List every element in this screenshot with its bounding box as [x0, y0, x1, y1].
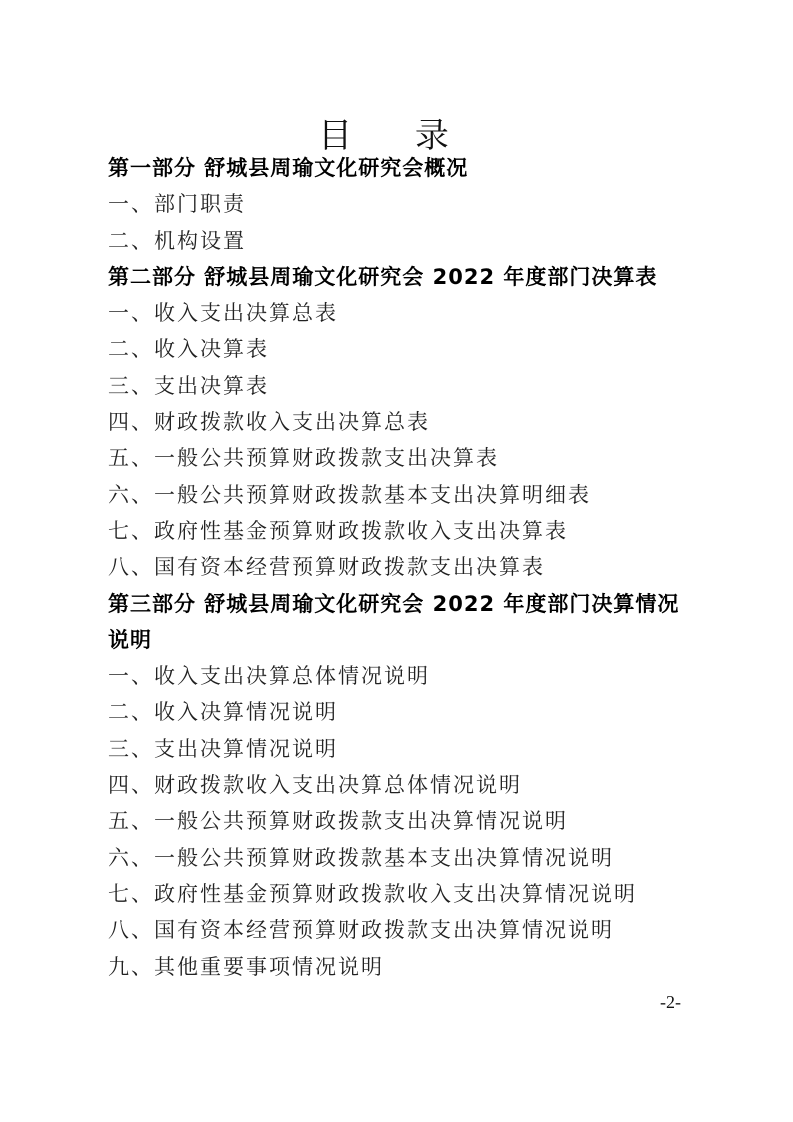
- toc-item[interactable]: 三、支出决算表: [108, 368, 708, 404]
- toc-item[interactable]: 六、一般公共预算财政拨款基本支出决算情况说明: [108, 840, 708, 876]
- table-of-contents: 第一部分 舒城县周瑜文化研究会概况 一、部门职责 二、机构设置 第二部分 舒城县…: [108, 150, 708, 985]
- toc-item[interactable]: 四、财政拨款收入支出决算总表: [108, 404, 708, 440]
- toc-item[interactable]: 五、一般公共预算财政拨款支出决算情况说明: [108, 803, 708, 839]
- toc-item[interactable]: 三、支出决算情况说明: [108, 731, 708, 767]
- page-number: -2-: [660, 992, 681, 1013]
- toc-item[interactable]: 二、收入决算表: [108, 331, 708, 367]
- toc-item[interactable]: 七、政府性基金预算财政拨款收入支出决算表: [108, 513, 708, 549]
- toc-item[interactable]: 一、部门职责: [108, 186, 708, 222]
- toc-item[interactable]: 八、国有资本经营预算财政拨款支出决算表: [108, 549, 708, 585]
- toc-item[interactable]: 二、收入决算情况说明: [108, 694, 708, 730]
- toc-part-1[interactable]: 第一部分 舒城县周瑜文化研究会概况: [108, 150, 708, 186]
- toc-part-3[interactable]: 第三部分 舒城县周瑜文化研究会 2022 年度部门决算情况说明: [108, 586, 700, 659]
- toc-item[interactable]: 八、国有资本经营预算财政拨款支出决算情况说明: [108, 912, 708, 948]
- toc-item[interactable]: 一、收入支出决算总表: [108, 295, 708, 331]
- toc-item[interactable]: 四、财政拨款收入支出决算总体情况说明: [108, 767, 708, 803]
- toc-item[interactable]: 七、政府性基金预算财政拨款收入支出决算情况说明: [108, 876, 708, 912]
- toc-item[interactable]: 一、收入支出决算总体情况说明: [108, 658, 708, 694]
- toc-part-2[interactable]: 第二部分 舒城县周瑜文化研究会 2022 年度部门决算表: [108, 259, 708, 295]
- toc-item[interactable]: 二、机构设置: [108, 223, 708, 259]
- toc-item[interactable]: 五、一般公共预算财政拨款支出决算表: [108, 440, 708, 476]
- toc-item[interactable]: 六、一般公共预算财政拨款基本支出决算明细表: [108, 477, 708, 513]
- toc-item[interactable]: 九、其他重要事项情况说明: [108, 949, 708, 985]
